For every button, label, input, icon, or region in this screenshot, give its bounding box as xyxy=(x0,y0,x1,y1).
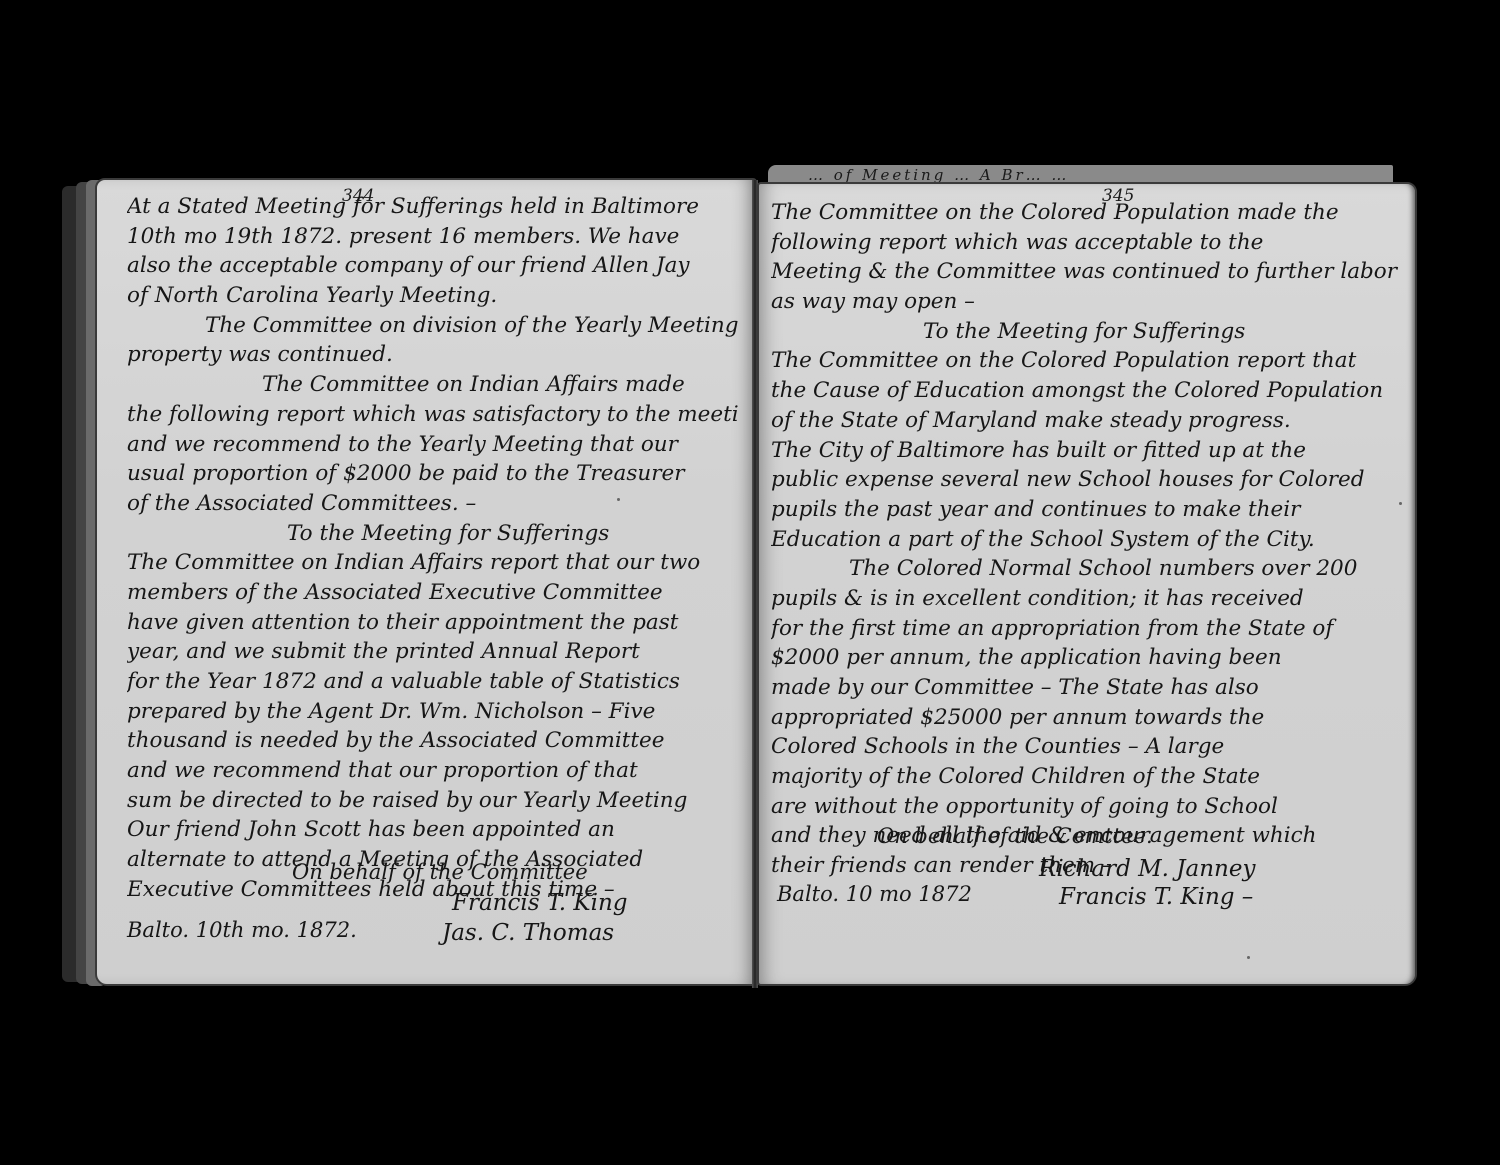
signature: Richard M. Janney xyxy=(1039,856,1255,882)
text-line: thousand is needed by the Associated Com… xyxy=(127,726,739,756)
text-line: The Committee on division of the Yearly … xyxy=(127,311,739,341)
salutation-heading: To the Meeting for Sufferings xyxy=(771,317,1399,347)
text-line: pupils & is in excellent condition; it h… xyxy=(771,584,1399,614)
text-line: At a Stated Meeting for Sufferings held … xyxy=(127,192,739,222)
text-line: Education a part of the School System of… xyxy=(771,525,1399,555)
text-line: The City of Baltimore has built or fitte… xyxy=(771,436,1399,466)
signature: Francis T. King – xyxy=(1059,884,1253,910)
text-line: and we recommend that our proportion of … xyxy=(127,756,739,786)
signature: Jas. C. Thomas xyxy=(442,920,614,946)
dateline: Balto. 10th mo. 1872. xyxy=(127,918,357,942)
right-page: 345 The Committee on the Colored Populat… xyxy=(757,182,1417,986)
text-line: appropriated $25000 per annum towards th… xyxy=(771,703,1399,733)
text-line: of the State of Maryland make steady pro… xyxy=(771,406,1399,436)
text-line: have given attention to their appointmen… xyxy=(127,608,739,638)
text-line: majority of the Colored Children of the … xyxy=(771,762,1399,792)
text-line: of North Carolina Yearly Meeting. xyxy=(127,281,739,311)
text-line: Meeting & the Committee was continued to… xyxy=(771,257,1399,287)
text-line: Our friend John Scott has been appointed… xyxy=(127,815,739,845)
text-line: of the Associated Committees. – xyxy=(127,489,739,519)
text-line: following report which was acceptable to… xyxy=(771,228,1399,258)
closing-line: On behalf of the Comttee. xyxy=(877,824,1153,848)
text-line: The Committee on the Colored Population … xyxy=(771,346,1399,376)
ink-spot xyxy=(617,498,620,501)
text-line: as way may open – xyxy=(771,287,1399,317)
text-line: members of the Associated Executive Comm… xyxy=(127,578,739,608)
text-line: prepared by the Agent Dr. Wm. Nicholson … xyxy=(127,697,739,727)
text-line: The Committee on the Colored Population … xyxy=(771,198,1399,228)
text-line: Colored Schools in the Counties – A larg… xyxy=(771,732,1399,762)
ink-spot xyxy=(1247,956,1250,959)
text-line: The Committee on Indian Affairs report t… xyxy=(127,548,739,578)
text-line: the Cause of Education amongst the Color… xyxy=(771,376,1399,406)
text-line: property was continued. xyxy=(127,340,739,370)
text-line: for the Year 1872 and a valuable table o… xyxy=(127,667,739,697)
text-line: public expense several new School houses… xyxy=(771,465,1399,495)
left-page-text: At a Stated Meeting for Sufferings held … xyxy=(127,192,739,905)
text-line: also the acceptable company of our frien… xyxy=(127,251,739,281)
closing-line: On behalf of the Committee xyxy=(292,860,588,884)
text-line: $2000 per annum, the application having … xyxy=(771,643,1399,673)
text-line: The Committee on Indian Affairs made xyxy=(127,370,739,400)
text-line: the following report which was satisfact… xyxy=(127,400,739,430)
text-line: made by our Committee – The State has al… xyxy=(771,673,1399,703)
text-line: sum be directed to be raised by our Year… xyxy=(127,786,739,816)
text-line: The Colored Normal School numbers over 2… xyxy=(771,554,1399,584)
salutation-heading: To the Meeting for Sufferings xyxy=(127,519,739,549)
text-line: are without the opportunity of going to … xyxy=(771,792,1399,822)
text-line: and we recommend to the Yearly Meeting t… xyxy=(127,430,739,460)
text-line: year, and we submit the printed Annual R… xyxy=(127,637,739,667)
text-line: 10th mo 19th 1872. present 16 members. W… xyxy=(127,222,739,252)
dateline: Balto. 10 mo 1872 xyxy=(777,882,972,906)
text-line: usual proportion of $2000 be paid to the… xyxy=(127,459,739,489)
ink-spot xyxy=(1399,502,1402,505)
left-page: 344 At a Stated Meeting for Sufferings h… xyxy=(95,178,757,986)
text-line: for the first time an appropriation from… xyxy=(771,614,1399,644)
text-line: pupils the past year and continues to ma… xyxy=(771,495,1399,525)
right-page-text: The Committee on the Colored Population … xyxy=(771,198,1399,881)
signature: Francis T. King xyxy=(452,890,628,916)
